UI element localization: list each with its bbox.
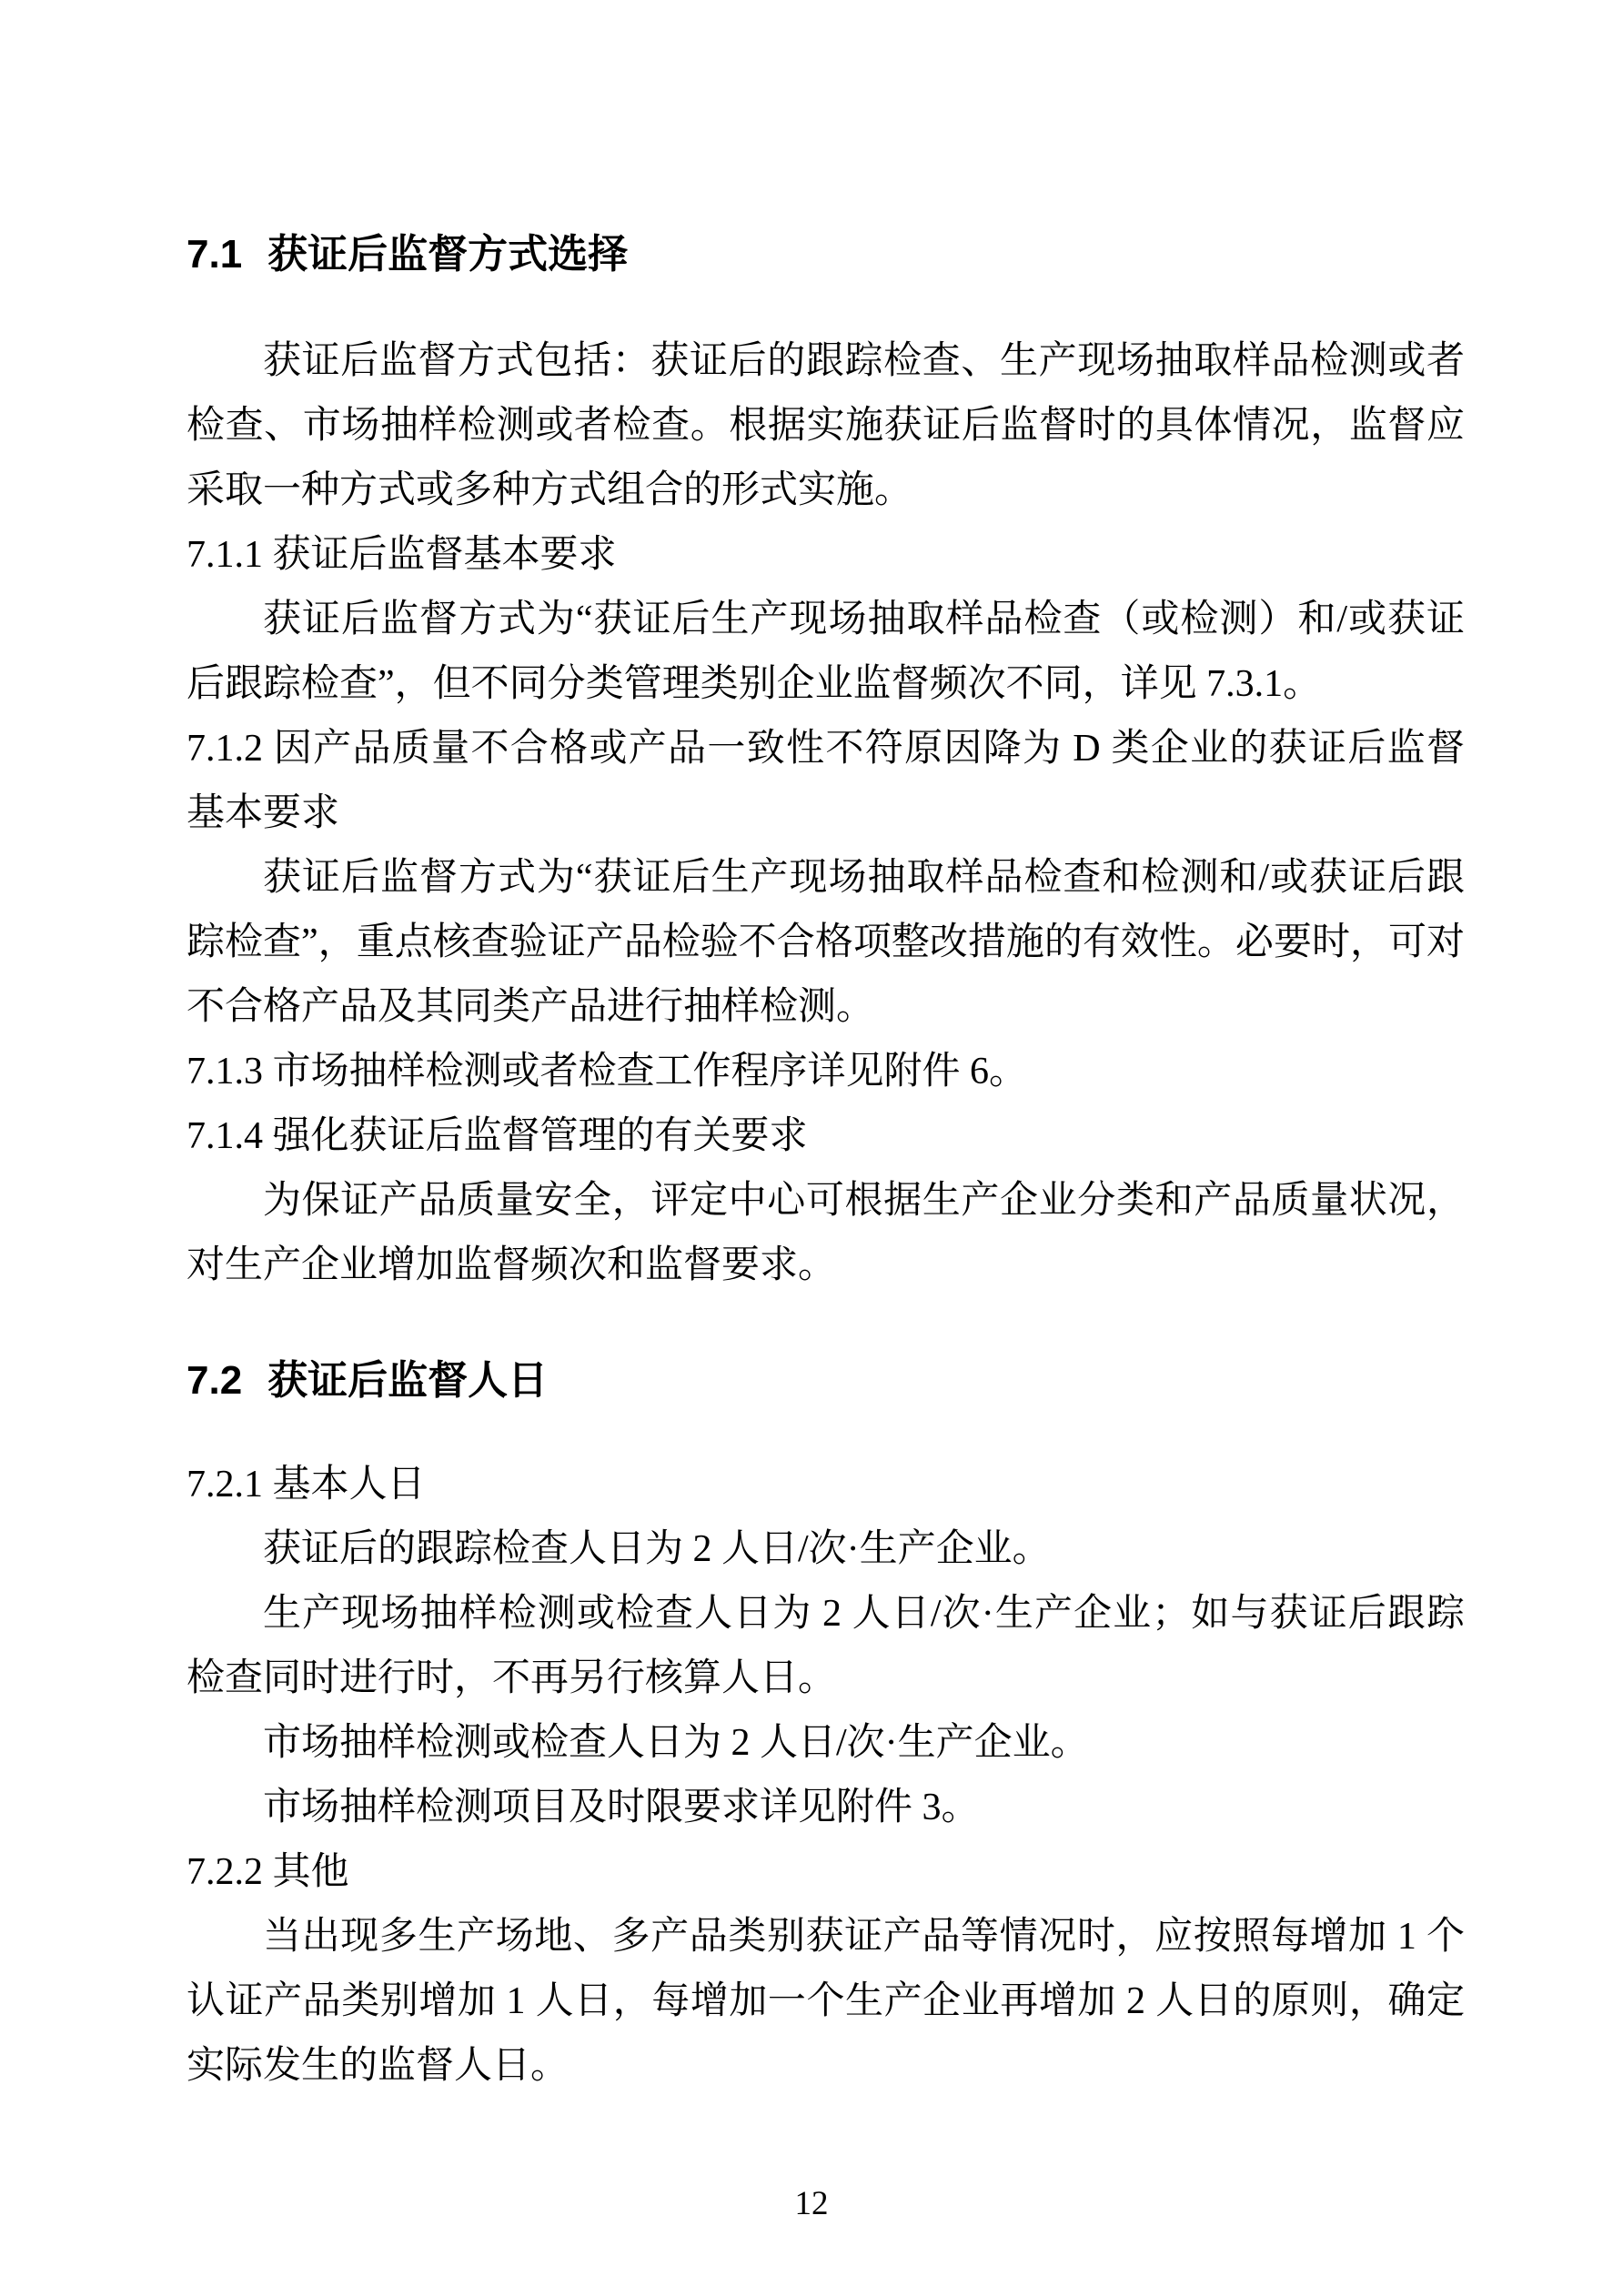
- paragraph-strengthened-supervision: 为保证产品质量安全，评定中心可根据生产企业分类和产品质量状况，对生产企业增加监督…: [186, 1169, 1465, 1298]
- paragraph-additional-mandays: 当出现多生产场地、多产品类别获证产品等情况时，应按照每增加 1 个认证产品类别增…: [186, 1905, 1465, 2099]
- subheading-7-2-2: 7.2.2 其他: [186, 1840, 1465, 1905]
- paragraph-tracking-mandays: 获证后的跟踪检查人日为 2 人日/次·生产企业。: [186, 1517, 1465, 1582]
- subheading-7-1-4: 7.1.4 强化获证后监督管理的有关要求: [186, 1104, 1465, 1169]
- section-number: 7.1: [186, 232, 242, 277]
- paragraph-basic-requirements: 获证后监督方式为“获证后生产现场抽取样品检查（或检测）和/或获证后跟踪检查”，但…: [186, 588, 1465, 717]
- paragraph-class-d-requirements: 获证后监督方式为“获证后生产现场抽取样品检查和检测和/或获证后跟踪检查”，重点核…: [186, 846, 1465, 1040]
- subheading-7-1-3: 7.1.3 市场抽样检测或者检查工作程序详见附件 6。: [186, 1040, 1465, 1104]
- section-title: 获证后监督人日: [267, 1358, 548, 1403]
- section-heading-7-1: 7.1获证后监督方式选择: [186, 222, 1465, 287]
- document-page: 7.1获证后监督方式选择 获证后监督方式包括：获证后的跟踪检查、生产现场抽取样品…: [0, 0, 1623, 2296]
- section-heading-7-2: 7.2获证后监督人日: [186, 1348, 1465, 1413]
- paragraph-market-sampling-annex: 市场抽样检测项目及时限要求详见附件 3。: [186, 1776, 1465, 1840]
- subheading-7-1-2: 7.1.2 因产品质量不合格或产品一致性不符原因降为 D 类企业的获证后监督基本…: [186, 717, 1465, 846]
- page-number: 12: [0, 2185, 1623, 2223]
- paragraph-supervision-methods: 获证后监督方式包括：获证后的跟踪检查、生产现场抽取样品检测或者检查、市场抽样检测…: [186, 329, 1465, 523]
- section-number: 7.2: [186, 1358, 242, 1403]
- subheading-7-1-1: 7.1.1 获证后监督基本要求: [186, 523, 1465, 588]
- subheading-7-2-1: 7.2.1 基本人日: [186, 1453, 1465, 1517]
- paragraph-market-sampling-mandays: 市场抽样检测或检查人日为 2 人日/次·生产企业。: [186, 1711, 1465, 1776]
- section-title: 获证后监督方式选择: [267, 232, 628, 277]
- paragraph-onsite-sampling-mandays: 生产现场抽样检测或检查人日为 2 人日/次·生产企业；如与获证后跟踪检查同时进行…: [186, 1582, 1465, 1711]
